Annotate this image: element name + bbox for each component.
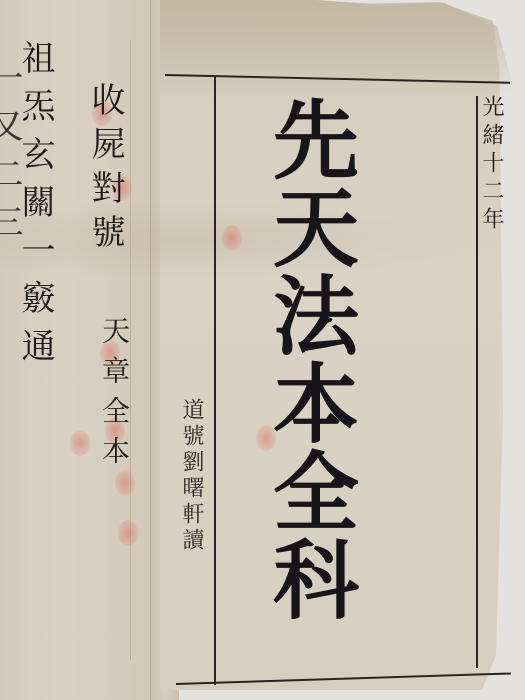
left-page-column-b-top: 收屍對號 bbox=[88, 82, 122, 258]
reign-date-label: 光緒十二年 bbox=[480, 95, 502, 235]
manuscript-photo: 先天法本全科 光緒十二年 道號劉曙軒讀 祖炁玄關一竅通 收屍對號 天章全本 一又… bbox=[0, 0, 525, 700]
frame-left-line bbox=[214, 77, 216, 685]
left-page-column-a: 祖炁玄關一竅通 bbox=[18, 40, 52, 376]
frame-right-inner-line bbox=[476, 96, 478, 668]
left-page-column-b-bottom: 天章全本 bbox=[100, 316, 128, 476]
red-seal-mark bbox=[70, 430, 90, 456]
red-seal-mark bbox=[222, 225, 242, 251]
cover-title: 先天法本全科 bbox=[265, 95, 351, 623]
red-seal-mark bbox=[118, 520, 138, 546]
owner-inscription: 道號劉曙軒讀 bbox=[180, 398, 202, 554]
left-edge-partial-column: 一又二三 bbox=[0, 60, 20, 252]
